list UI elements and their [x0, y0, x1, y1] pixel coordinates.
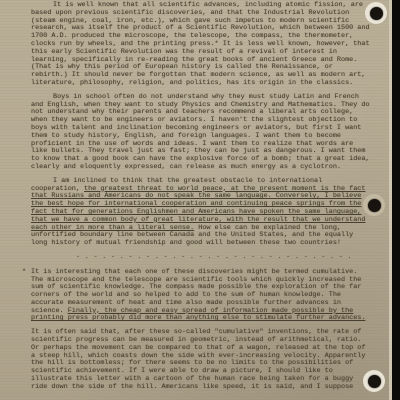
footnote-asterisk-marker: * — [22, 269, 26, 277]
paper-sheet: It is well known that all scientific adv… — [0, 0, 392, 400]
page-content: It is well known that all scientific adv… — [31, 2, 372, 398]
footnote-paragraph-cumulative: *It is interesting that each one of thes… — [31, 269, 372, 324]
punch-hole-middle-opening — [368, 199, 381, 212]
punch-hole-middle — [363, 194, 385, 216]
punch-hole-bottom-opening — [368, 375, 381, 388]
punch-hole-top-opening — [370, 7, 383, 20]
footnote-paragraph-wagon: It is often said that, after these so-ca… — [31, 329, 372, 391]
section-divider: - . - . - . - . - . - . - . - . - . - . … — [76, 254, 372, 262]
underlined-passage: Finally, the cheap and easy spread of in… — [31, 307, 365, 323]
footnote-block: *It is interesting that each one of thes… — [31, 269, 372, 392]
paragraph-boys-in-school: Boys in school often do not understand w… — [31, 94, 372, 172]
punch-hole-top — [365, 2, 387, 24]
punch-hole-bottom — [363, 370, 385, 392]
paragraph-science-revolution: It is well known that all scientific adv… — [31, 2, 372, 88]
scanned-page: It is well known that all scientific adv… — [0, 0, 400, 400]
paragraph-international-cooperation: I am inclined to think that the greatest… — [31, 178, 372, 248]
